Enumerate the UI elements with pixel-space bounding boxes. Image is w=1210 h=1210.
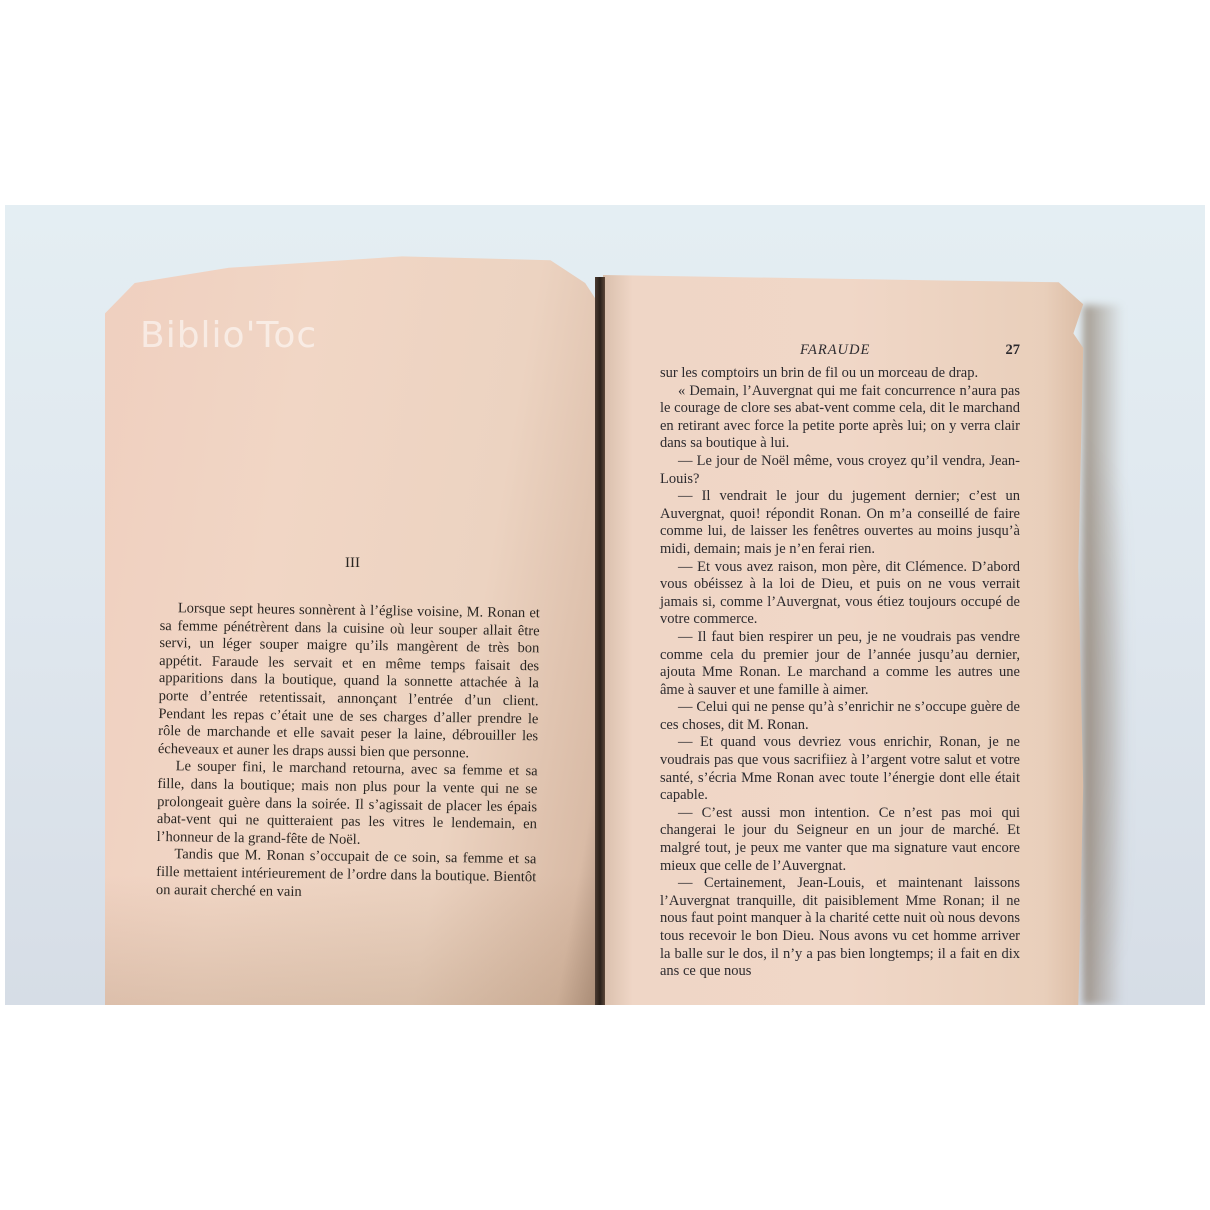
- chapter-heading: III: [105, 555, 600, 572]
- running-title: FARAUDE: [800, 342, 870, 359]
- right-page-edge-shadow: [1083, 305, 1123, 1005]
- book-gutter: [595, 277, 605, 1005]
- book-photo: Biblio'Toc III Lorsque sept heures sonnè…: [5, 205, 1205, 1005]
- paragraph: — Celui qui ne pense qu’à s’enrichir ne …: [660, 699, 1020, 734]
- paragraph: — Et quand vous devriez vous enrichir, R…: [660, 734, 1020, 804]
- paragraph: — Il faut bien respirer un peu, je ne vo…: [660, 629, 1020, 699]
- page-number: 27: [1006, 342, 1021, 359]
- paragraph: Tandis que M. Ronan s’occupait de ce soi…: [156, 846, 537, 904]
- paragraph: — Il vendrait le jour du jugement dernie…: [660, 488, 1020, 558]
- paragraph: — Le jour de Noël même, vous croyez qu’i…: [660, 453, 1020, 488]
- paragraph: — C’est aussi mon intention. Ce n’est pa…: [660, 805, 1020, 875]
- watermark: Biblio'Toc: [140, 315, 317, 356]
- paragraph: — Certainement, Jean-Louis, et maintenan…: [660, 875, 1020, 981]
- paragraph: — Et vous avez raison, mon père, dit Clé…: [660, 559, 1020, 629]
- paragraph: sur les comptoirs un brin de fil ou un m…: [660, 365, 1020, 383]
- paragraph: « Demain, l’Auvergnat qui me fait concur…: [660, 383, 1020, 453]
- left-page-text: Lorsque sept heures sonnèrent à l’église…: [156, 600, 540, 904]
- right-page-text: sur les comptoirs un brin de fil ou un m…: [660, 365, 1020, 981]
- paragraph: Lorsque sept heures sonnèrent à l’église…: [158, 600, 540, 764]
- paragraph: Le souper fini, le marchand retourna, av…: [157, 758, 538, 851]
